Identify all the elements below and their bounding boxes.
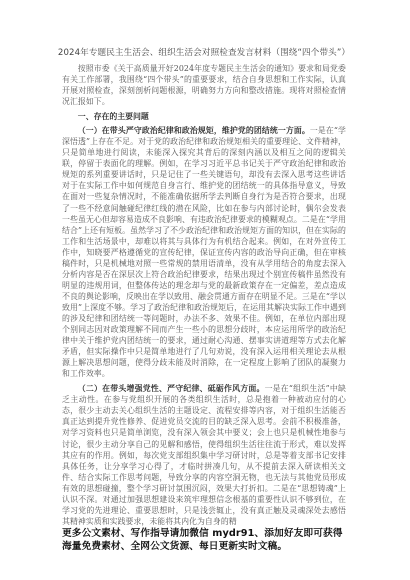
promo-banner-text: 更多公文素材、写作指导请加微信 mydr91、添加好友即可获得海量免费素材、全网… [62,527,346,553]
part-two-text: 一是在“组织生活”中缺乏主动性。在参与党组织开展的各类组织生活时，总是抱着一种被… [62,384,346,526]
part-two-lead: （二）在带头增强党性、严守纪律、砥砺作风方面。 [78,384,265,393]
intro-paragraph: 按照市委《关于高质量开好2024年度专题民主生活会的通知》要求和局党委有关工作部… [62,63,346,107]
part-one-paragraph: （一）在带头严守政治纪律和政治规矩，维护党的团结统一方面。一是在“学深悟透”上存… [62,125,346,379]
part-one-lead: （一）在带头严守政治纪律和政治规矩，维护党的团结统一方面。 [78,126,310,135]
part-two-paragraph: （二）在带头增强党性、严守纪律、砥砺作风方面。一是在“组织生活”中缺乏主动性。在… [62,383,346,527]
section-heading: 一、存在的主要问题 [62,111,346,122]
document-title: 2024年专题民主生活会、组织生活会对照检查发言材料（围绕“四个带头”） [54,48,354,59]
part-one-text: 一是在“学深悟透”上存在不足。对于党的政治纪律和政治规矩相关的重要理论、文件精神… [62,126,346,378]
document-page: 2024年专题民主生活会、组织生活会对照检查发言材料（围绕“四个带头”） 按照市… [62,48,346,553]
